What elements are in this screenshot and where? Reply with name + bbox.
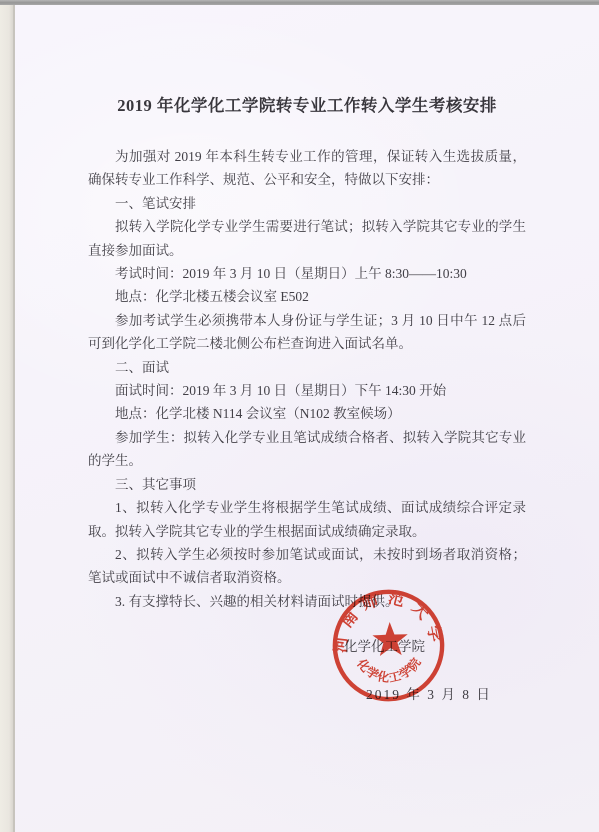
body-paragraph: 1、拟转入化学专业学生将根据学生笔试成绩、面试成绩综合评定录取。拟转入学院其它专… xyxy=(88,496,526,543)
official-seal: 河南师范大学 化学化工学院 xyxy=(328,585,449,706)
scanner-left-edge xyxy=(0,5,15,832)
red-star-icon xyxy=(372,621,408,656)
body-paragraph: 考试时间：2019 年 3 月 10 日（星期日）上午 8:30——10:30 xyxy=(88,262,526,285)
body-paragraph: 为加强对 2019 年本科生转专业工作的管理，保证转入生选拔质量，确保转专业工作… xyxy=(88,145,526,192)
section-heading: 三、其它事项 xyxy=(88,473,526,496)
section-heading: 一、笔试安排 xyxy=(88,192,526,215)
document-paragraphs: 为加强对 2019 年本科生转专业工作的管理，保证转入生选拔质量，确保转专业工作… xyxy=(88,145,526,613)
body-paragraph: 2、拟转入学生必须按时参加笔试或面试，未按时到场者取消资格；笔试或面试中不诚信者… xyxy=(88,543,526,590)
body-paragraph: 3. 有支撑特长、兴趣的相关材料请面试时提供。 xyxy=(88,590,526,613)
seal-graphic: 河南师范大学 化学化工学院 xyxy=(328,585,449,706)
body-paragraph: 参加学生：拟转入化学专业且笔试成绩合格者、拟转入学院其它专业的学生。 xyxy=(88,426,526,473)
body-paragraph: 地点：化学北楼 N114 会议室（N102 教室候场） xyxy=(88,402,526,425)
body-paragraph: 拟转入学院化学专业学生需要进行笔试；拟转入学院其它专业的学生直接参加面试。 xyxy=(88,215,526,262)
body-paragraph: 面试时间：2019 年 3 月 10 日（星期日）下午 14:30 开始 xyxy=(88,379,526,402)
section-heading: 二、面试 xyxy=(88,356,526,379)
document-title: 2019 年化学化工学院转专业工作转入学生考核安排 xyxy=(88,94,526,118)
document-body: 2019 年化学化工学院转专业工作转入学生考核安排 为加强对 2019 年本科生… xyxy=(88,94,526,613)
body-paragraph: 参加考试学生必须携带本人身份证与学生证；3 月 10 日中午 12 点后可到化学… xyxy=(88,309,526,356)
seal-department-arc-text: 化学化工学院 xyxy=(353,653,425,686)
body-paragraph: 地点：化学北楼五楼会议室 E502 xyxy=(88,285,526,308)
